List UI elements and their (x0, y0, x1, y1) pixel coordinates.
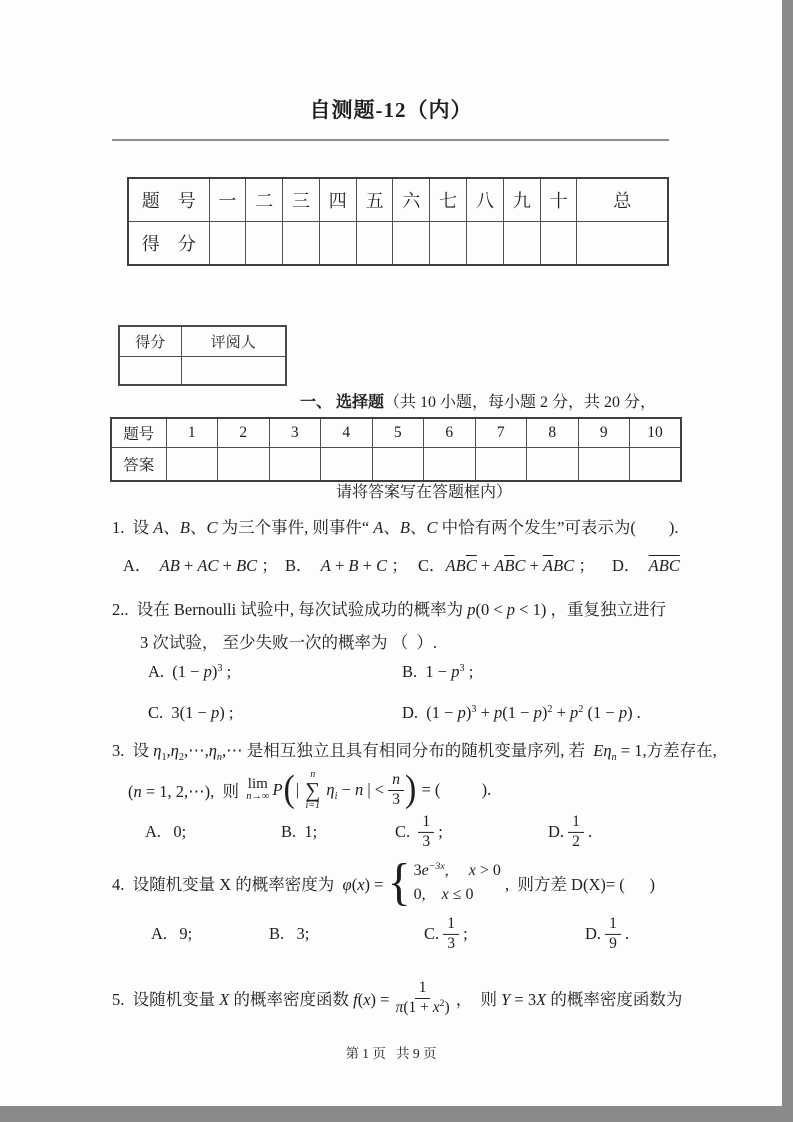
option-c: C．ABC + ABC + ABC ； (418, 552, 595, 576)
grader-header-row: 得分 评阅人 (119, 326, 286, 357)
score-table-score-row: 得 分 (128, 222, 668, 266)
summation-symbol: n ∑ i=1 (305, 770, 320, 811)
page-title: 自测题-12（内） (0, 94, 782, 124)
question-3-options: A. 0; B. 1; C. 13 ; D. 12 . (0, 810, 782, 854)
formula-tail: = ( ). (417, 780, 491, 800)
piecewise-case-1: 3e−3x, x > 0 (414, 859, 501, 883)
answer-number-cell: 1 (166, 418, 218, 448)
answer-table: 题号 1 2 3 4 5 6 7 8 9 10 答案 (110, 417, 682, 482)
score-header-cell: 十 (540, 178, 577, 222)
score-input-cell[interactable] (540, 222, 577, 266)
section-line-2: 请将答案写在答题框内） (300, 478, 656, 508)
abs-bar: | (296, 780, 303, 800)
fraction: 13 (418, 813, 434, 851)
grader-table: 得分 评阅人 (118, 325, 287, 386)
fraction: 1 π(1 + x2) (394, 979, 452, 1017)
score-header-cell: 八 (467, 178, 504, 222)
stem-suffix: ， 则 Y = 3X 的概率密度函数为 (452, 986, 683, 1010)
formula-middle: ηi − n | < (322, 780, 388, 800)
option-a: A． AB + AC + BC ； (123, 552, 278, 576)
fraction: 12 (568, 813, 584, 851)
score-input-cell[interactable] (503, 222, 540, 266)
answer-row1-label: 题号 (111, 418, 166, 448)
piecewise-brace: { (388, 857, 411, 909)
section-title: 选择题 (336, 394, 384, 411)
grader-score-cell[interactable] (119, 357, 181, 386)
option-a: A. 9; (151, 924, 192, 944)
answer-input-cell[interactable] (475, 448, 527, 482)
option-d: D. 12 . (548, 813, 592, 851)
option-c: C. 13 ; (424, 915, 468, 953)
option-b: B． A + B + C ； (285, 552, 408, 576)
score-header-cell: 一 (209, 178, 246, 222)
answer-number-cell: 9 (578, 418, 630, 448)
question-2-stem-line2: 3 次试验， 至少失败一次的概率为 （ ）. (140, 629, 437, 653)
answer-number-cell: 3 (269, 418, 321, 448)
score-header-cell: 六 (393, 178, 430, 222)
score-table-header-row: 题 号 一 二 三 四 五 六 七 八 九 十 总 (128, 178, 668, 222)
score-input-cell[interactable] (356, 222, 393, 266)
option-b: B. 3; (269, 924, 309, 944)
answer-number-cell: 5 (372, 418, 424, 448)
option-c: C. 3(1 − p) ; (148, 703, 233, 723)
answer-input-cell[interactable] (424, 448, 476, 482)
piecewise-case-2: 0, x ≤ 0 (414, 883, 501, 907)
score-input-cell[interactable] (467, 222, 504, 266)
title-divider (112, 139, 669, 141)
answer-input-cell[interactable] (527, 448, 579, 482)
grader-reviewer-label: 评阅人 (181, 326, 286, 357)
answer-input-cell[interactable] (321, 448, 373, 482)
score-input-cell[interactable] (246, 222, 283, 266)
question-4-stem: 4. 设随机变量 X 的概率密度为 φ(x) = { 3e−3x, x > 0 … (112, 852, 655, 914)
score-input-cell[interactable] (283, 222, 320, 266)
option-c: C. 13 ; (395, 813, 443, 851)
answer-number-cell: 4 (321, 418, 373, 448)
exam-page: 自测题-12（内） 题 号 一 二 三 四 五 六 七 八 九 十 总 得 分 (0, 0, 782, 1106)
score-input-cell[interactable] (209, 222, 246, 266)
grader-reviewer-cell[interactable] (181, 357, 286, 386)
score-header-total: 总 (577, 178, 668, 222)
answer-input-cell[interactable] (630, 448, 682, 482)
score-header-cell: 四 (319, 178, 356, 222)
score-header-cell: 九 (503, 178, 540, 222)
score-row-label: 得 分 (128, 222, 209, 266)
fraction: 13 (443, 915, 459, 953)
answer-input-cell[interactable] (578, 448, 630, 482)
answer-input-cell[interactable] (269, 448, 321, 482)
answer-number-row: 题号 1 2 3 4 5 6 7 8 9 10 (111, 418, 681, 448)
stem-prefix: 5. 设随机变量 X 的概率密度函数 f(x) = (112, 986, 394, 1010)
question-1-options: A． AB + AC + BC ； B． A + B + C ； C．ABC +… (0, 548, 782, 580)
score-header-label: 题 号 (128, 178, 209, 222)
answer-input-row: 答案 (111, 448, 681, 482)
fraction: 19 (605, 915, 621, 953)
question-2-options-row2: C. 3(1 − p) ; D. (1 − p)3 + p(1 − p)2 + … (0, 698, 782, 728)
grader-input-row (119, 357, 286, 386)
answer-input-cell[interactable] (218, 448, 270, 482)
score-input-cell[interactable] (430, 222, 467, 266)
answer-number-cell: 10 (630, 418, 682, 448)
big-paren-left: ( (284, 771, 295, 809)
score-input-cell[interactable] (319, 222, 356, 266)
option-d: D. 19 . (585, 915, 629, 953)
answer-number-cell: 7 (475, 418, 527, 448)
stem-suffix: , 则方差 D(X)= ( ) (501, 871, 655, 895)
question-3-formula: (n = 1, 2,⋯), 则 lim n→∞ P ( | n ∑ i=1 ηi… (128, 763, 491, 817)
section-description: （共 10 小题，每小题 2 分，共 20 分， (384, 394, 656, 411)
option-b: B. 1; (281, 822, 317, 842)
score-total-cell[interactable] (577, 222, 668, 266)
option-a: A. (1 − p)3 ; (148, 662, 231, 682)
question-5-stem: 5. 设随机变量 X 的概率密度函数 f(x) = 1 π(1 + x2) ， … (112, 970, 682, 1026)
section-number: 一、 (300, 394, 336, 411)
stem-prefix: 4. 设随机变量 X 的概率密度为 φ(x) = (112, 871, 388, 895)
page-footer: 第 1 页 共 9 页 (0, 1042, 782, 1062)
question-2-options-row1: A. (1 − p)3 ; B. 1 − p3 ; (0, 657, 782, 687)
fraction: n 3 (388, 771, 404, 809)
big-paren-right: ) (405, 771, 416, 809)
option-d: D． ABC (612, 552, 680, 576)
score-header-cell: 三 (283, 178, 320, 222)
score-header-cell: 七 (430, 178, 467, 222)
section-line-1: 一、 选择题（共 10 小题，每小题 2 分，共 20 分， (300, 388, 656, 418)
option-b: B. 1 − p3 ; (402, 662, 473, 682)
answer-input-cell[interactable] (372, 448, 424, 482)
score-summary-table: 题 号 一 二 三 四 五 六 七 八 九 十 总 得 分 (127, 177, 669, 266)
option-a: A. 0; (145, 822, 186, 842)
answer-number-cell: 2 (218, 418, 270, 448)
formula-prefix: (n = 1, 2,⋯), 则 (128, 778, 243, 802)
score-header-cell: 二 (246, 178, 283, 222)
answer-input-cell[interactable] (166, 448, 218, 482)
score-input-cell[interactable] (393, 222, 430, 266)
limit-operator: lim n→∞ (246, 777, 269, 803)
probability-symbol: P (272, 780, 282, 800)
question-4-options: A. 9; B. 3; C. 13 ; D. 19 . (0, 912, 782, 956)
score-header-cell: 五 (356, 178, 393, 222)
grader-score-label: 得分 (119, 326, 181, 357)
answer-number-cell: 8 (527, 418, 579, 448)
option-d: D. (1 − p)3 + p(1 − p)2 + p2 (1 − p) . (402, 703, 641, 723)
question-2-stem-line1: 2.. 设在 Bernoulli 试验中, 每次试验成功的概率为 p(0 < p… (112, 596, 666, 620)
question-1-stem: 1. 设 A、B、C 为三个事件, 则事件“ A、B、C 中恰有两个发生”可表示… (112, 514, 679, 538)
question-3-stem-line1: 3. 设 η1,η2,⋯,ηn,⋯ 是相互独立且具有相同分布的随机变量序列, 若… (112, 737, 717, 761)
answer-row2-label: 答案 (111, 448, 166, 482)
piecewise-function: { 3e−3x, x > 0 0, x ≤ 0 (388, 859, 501, 907)
answer-number-cell: 6 (424, 418, 476, 448)
